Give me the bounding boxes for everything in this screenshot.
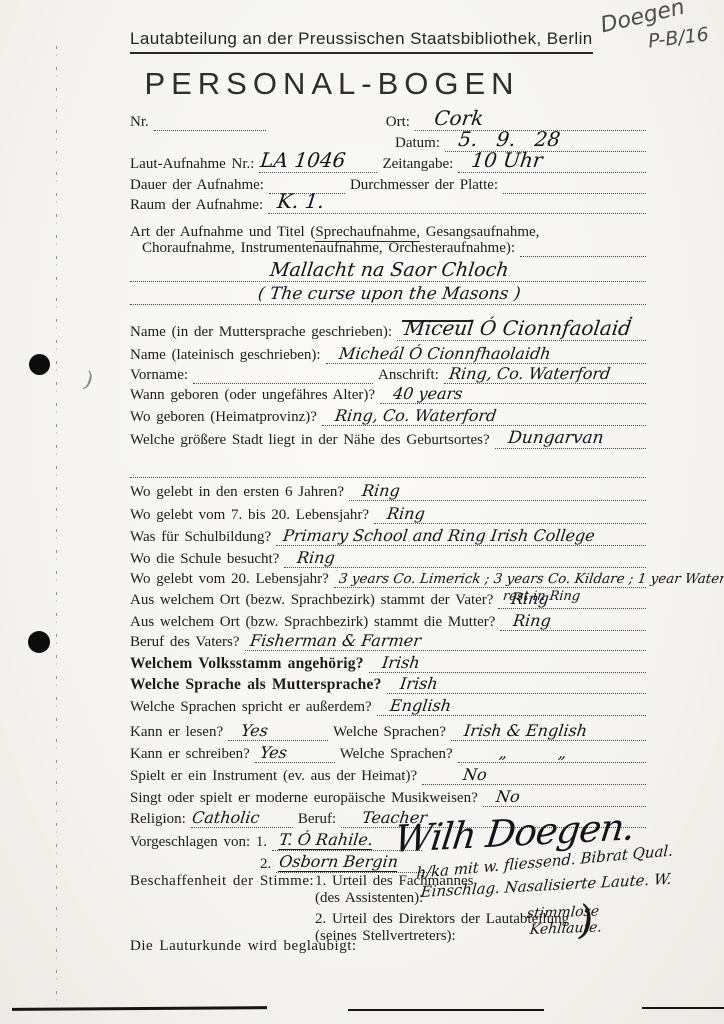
- nr-dotted-line: [154, 127, 266, 131]
- vorgeschlagen2-number: 2.: [260, 856, 271, 873]
- row-blank-line: [130, 458, 646, 478]
- beruf-vater-label: Beruf des Vaters?: [130, 634, 240, 651]
- schreiben-handwritten: Yes: [259, 743, 288, 762]
- name-mutter-handwritten: Miceul Ó Cionnfaolaiḋ: [403, 316, 633, 340]
- lesen-sprachen-dotted-line: Irish & English: [451, 737, 646, 741]
- blank-dotted-line: [130, 474, 646, 478]
- lesen-label: Kann er lesen?: [130, 724, 223, 741]
- sprachen-handwritten: English: [389, 696, 452, 715]
- religion-dotted-line: Catholic: [191, 824, 293, 828]
- row-title-english: ( The curse upon the Masons ): [130, 285, 646, 305]
- art-label-part3: Choraufnahme, Instrumentenaufnahme, Orch…: [142, 240, 515, 257]
- row-nr-ort: Nr. Ort: Cork: [130, 111, 646, 131]
- row-volksstamm: Welchem Volksstamm angehörig? Irish: [130, 653, 646, 673]
- instrument-handwritten: No: [462, 765, 488, 784]
- vorgeschlagen-label: Vorgeschlagen von: 1.: [130, 834, 267, 851]
- row-gelebt-erste-6: Wo gelebt in den ersten 6 Jahren? Ring: [130, 481, 646, 501]
- sprachen-label: Welche Sprachen spricht er außerdem?: [130, 699, 372, 716]
- gelebt6-label: Wo gelebt in den ersten 6 Jahren?: [130, 484, 344, 501]
- gelebt20-label: Wo gelebt vom 20. Lebensjahr?: [130, 571, 329, 588]
- schulbildung-dotted-line: Primary School and Ring Irish College: [276, 542, 646, 546]
- schulbildung-handwritten: Primary School and Ring Irish College: [282, 526, 596, 545]
- row-beruf-vater: Beruf des Vaters? Fisherman & Farmer: [130, 631, 646, 651]
- punch-hole-top: [29, 354, 50, 375]
- punch-hole-bottom: [28, 631, 50, 653]
- urteil1-line2: (des Assistenten):: [315, 890, 423, 907]
- stadt-handwritten: Dungarvan: [507, 428, 605, 448]
- instrument-dotted-line: No: [422, 781, 646, 785]
- durchmesser-label: Durchmesser der Platte:: [350, 177, 498, 194]
- gelebt720-handwritten: Ring: [386, 504, 426, 523]
- gelebt20-dotted-line: 3 years Co. Limerick ; 3 years Co. Kilda…: [334, 584, 646, 588]
- row-laut-nr-zeit: Laut-Aufnahme Nr.: LA 1046 Zeitangabe: 1…: [130, 153, 646, 173]
- row-raum: Raum der Aufnahme: K. 1.: [130, 194, 646, 214]
- lesen-sprachen-handwritten: Irish & English: [463, 721, 588, 740]
- gelebt6-handwritten: Ring: [361, 481, 401, 500]
- row-vorname-anschrift: Vorname: Anschrift: Ring, Co. Waterford: [130, 364, 646, 384]
- stadt-label: Welche größere Stadt liegt in der Nähe d…: [130, 432, 490, 449]
- schreiben-sprachen-label: Welche Sprachen?: [340, 746, 453, 763]
- religion-handwritten: Catholic: [191, 808, 261, 827]
- gelebt6-dotted-line: Ring: [349, 497, 646, 501]
- lesen-dotted-line: Yes: [228, 737, 328, 741]
- zeitangabe-label: Zeitangabe:: [382, 156, 453, 173]
- gelebt720-dotted-line: Ring: [374, 520, 646, 524]
- schreiben-label: Kann er schreiben?: [130, 746, 250, 763]
- name-latein-handwritten: Micheál Ó Cionnfhaolaidh: [338, 344, 552, 363]
- row-kann-schreiben: Kann er schreiben? Yes Welche Sprachen? …: [130, 743, 646, 763]
- row-wo-geboren: Wo geboren (Heimatprovinz)? Ring, Co. Wa…: [130, 406, 646, 426]
- ort-label: Ort:: [386, 114, 410, 131]
- row-schulbildung: Was für Schulbildung? Primary School and…: [130, 526, 646, 546]
- row-muttersprache: Welche Sprache als Muttersprache? Irish: [130, 674, 646, 694]
- row-gelebt-ab-20: Wo gelebt vom 20. Lebensjahr? 3 years Co…: [130, 568, 646, 588]
- volksstamm-dotted-line: Irish: [369, 669, 646, 673]
- raum-dotted-line: K. 1.: [268, 210, 646, 214]
- row-schule-besucht: Wo die Schule besucht? Ring: [130, 548, 646, 568]
- beglaubigt-label: Die Lauturkunde wird beglaubigt:: [130, 938, 357, 955]
- stimme-label: Beschaffenheit der Stimme:: [130, 873, 314, 890]
- volksstamm-label: Welchem Volksstamm angehörig?: [130, 655, 364, 673]
- row-musikweisen: Singt oder spielt er moderne europäische…: [130, 787, 646, 807]
- urteil2-handwritten-line2: Kehllaute.: [529, 919, 603, 938]
- beruf-label: Beruf:: [298, 811, 336, 828]
- row-weitere-sprachen: Welche Sprachen spricht er außerdem? Eng…: [130, 696, 646, 716]
- row-name-muttersprache: Name (in der Muttersprache geschrieben):…: [130, 321, 646, 341]
- beruf-vater-handwritten: Fisherman & Farmer: [249, 631, 422, 650]
- wo-geboren-label: Wo geboren (Heimatprovinz)?: [130, 409, 317, 426]
- laut-nr-dotted-line: LA 1046: [259, 169, 377, 173]
- scanned-personal-bogen-form: ) Doegen P-B/16 Lautabteilung an der Pre…: [0, 0, 724, 1024]
- beruf-vater-dotted-line: Fisherman & Farmer: [245, 647, 646, 651]
- vater-ort-label: Aus welchem Ort (bezw. Sprachbezirk) sta…: [130, 592, 493, 609]
- title-dotted-line-1: Mallacht na Saor Chloch: [130, 278, 646, 282]
- raum-handwritten-value: K. 1.: [276, 189, 326, 213]
- stadt-dotted-line: Dungarvan: [495, 445, 646, 449]
- sprachen-dotted-line: English: [377, 712, 646, 716]
- volksstamm-handwritten: Irish: [381, 653, 421, 672]
- title-dotted-line-2: ( The curse upon the Masons ): [130, 301, 646, 305]
- muttersprache-label: Welche Sprache als Muttersprache?: [130, 676, 382, 694]
- singt-label: Singt oder spielt er moderne europäische…: [130, 790, 478, 807]
- name-latein-label: Name (lateinisch geschrieben):: [130, 347, 321, 364]
- anschrift-handwritten: Ring, Co. Waterford: [448, 364, 612, 383]
- row-herkunft-vater: Aus welchem Ort (bezw. Sprachbezirk) sta…: [130, 589, 646, 609]
- lesen-handwritten: Yes: [240, 721, 269, 740]
- schreiben-dotted-line: Yes: [255, 759, 335, 763]
- laut-nr-handwritten-value: LA 1046: [259, 148, 347, 172]
- name-mutter-label: Name (in der Muttersprache geschrieben):: [130, 324, 392, 341]
- wann-geboren-handwritten: 40 years: [392, 384, 464, 403]
- name-mutter-dotted-line: Miceul Ó Cionnfaolaiḋ: [397, 337, 646, 341]
- vater-ort-handwritten: Ring: [510, 589, 550, 608]
- zeitangabe-handwritten-value: 10 Uhr: [470, 148, 544, 172]
- anschrift-label: Anschrift:: [378, 367, 439, 384]
- vorgeschlagen2-handwritten: Osborn Bergin: [278, 852, 399, 872]
- schulbildung-label: Was für Schulbildung?: [130, 529, 271, 546]
- wann-geboren-label: Wann geboren (oder ungefähres Alter)?: [130, 387, 375, 404]
- instrument-label: Spielt er ein Instrument (ev. aus der He…: [130, 768, 417, 785]
- row-name-lateinisch: Name (lateinisch geschrieben): Micheál Ó…: [130, 344, 646, 364]
- vorname-label: Vorname:: [130, 367, 188, 384]
- bottom-rule-segment-right: [642, 1007, 724, 1009]
- gelebt720-label: Wo gelebt vom 7. bis 20. Lebensjahr?: [130, 507, 369, 524]
- muttersprache-handwritten: Irish: [399, 674, 439, 693]
- row-instrument: Spielt er ein Instrument (ev. aus der He…: [130, 765, 646, 785]
- schreiben-sprachen-ditto-marks: „ „: [498, 743, 568, 762]
- art-dotted-line: [520, 253, 646, 257]
- wann-geboren-dotted-line: 40 years: [380, 400, 646, 404]
- mutter-ort-label: Aus welchem Ort (bzw. Sprachbezirk) stam…: [130, 614, 495, 631]
- religion-label: Religion:: [130, 811, 186, 828]
- vorgeschlagen1-handwritten: T. Ó Rahile.: [278, 830, 374, 850]
- nr-label: Nr.: [130, 114, 149, 131]
- row-wann-geboren: Wann geboren (oder ungefähres Alter)? 40…: [130, 384, 646, 404]
- bottom-rule-segment-middle: [348, 1009, 544, 1011]
- form-body: Nr. Ort: Cork Datum: 5. 9. 28 Laut-Aufna…: [130, 0, 646, 1024]
- title-english-handwritten: ( The curse upon the Masons ): [257, 284, 522, 304]
- pencil-annotation-code: P-B/16: [647, 23, 710, 52]
- wo-geboren-handwritten: Ring, Co. Waterford: [334, 406, 498, 425]
- row-datum: Datum: 5. 9. 28: [130, 132, 646, 152]
- muttersprache-dotted-line: Irish: [387, 690, 646, 694]
- zeitangabe-dotted-line: 10 Uhr: [458, 169, 646, 173]
- row-dauer-durchmesser: Dauer der Aufnahme: Durchmesser der Plat…: [130, 174, 646, 194]
- singt-handwritten: No: [495, 787, 521, 806]
- schule-wo-label: Wo die Schule besucht?: [130, 551, 279, 568]
- laut-nr-label: Laut-Aufnahme Nr.:: [130, 156, 254, 173]
- paper-fold-line: [56, 46, 57, 1008]
- row-gelebt-7-20: Wo gelebt vom 7. bis 20. Lebensjahr? Rin…: [130, 504, 646, 524]
- datum-label: Datum:: [395, 135, 440, 152]
- row-kann-lesen: Kann er lesen? Yes Welche Sprachen? Iris…: [130, 721, 646, 741]
- dauer-label: Dauer der Aufnahme:: [130, 177, 264, 194]
- mutter-ort-handwritten: Ring: [512, 611, 552, 630]
- wo-geboren-dotted-line: Ring, Co. Waterford: [322, 422, 646, 426]
- lesen-sprachen-label: Welche Sprachen?: [333, 724, 446, 741]
- margin-pen-mark: ): [80, 367, 96, 393]
- title-irish-handwritten: Mallacht na Saor Chloch: [269, 259, 510, 281]
- schreiben-sprachen-dotted-line: „ „: [458, 759, 646, 763]
- art-der-aufnahme-line2: Choraufnahme, Instrumentenaufnahme, Orch…: [130, 237, 646, 257]
- vater-ort-dotted-line: Ring: [498, 605, 646, 609]
- row-groessere-stadt: Welche größere Stadt liegt in der Nähe d…: [130, 429, 646, 449]
- row-herkunft-mutter: Aus welchem Ort (bzw. Sprachbezirk) stam…: [130, 611, 646, 631]
- schule-wo-handwritten: Ring: [296, 548, 336, 567]
- gelebt20-handwritten: 3 years Co. Limerick ; 3 years Co. Kilda…: [338, 571, 724, 587]
- raum-label: Raum der Aufnahme:: [130, 197, 263, 214]
- row-title-irish: Mallacht na Saor Chloch: [130, 262, 646, 282]
